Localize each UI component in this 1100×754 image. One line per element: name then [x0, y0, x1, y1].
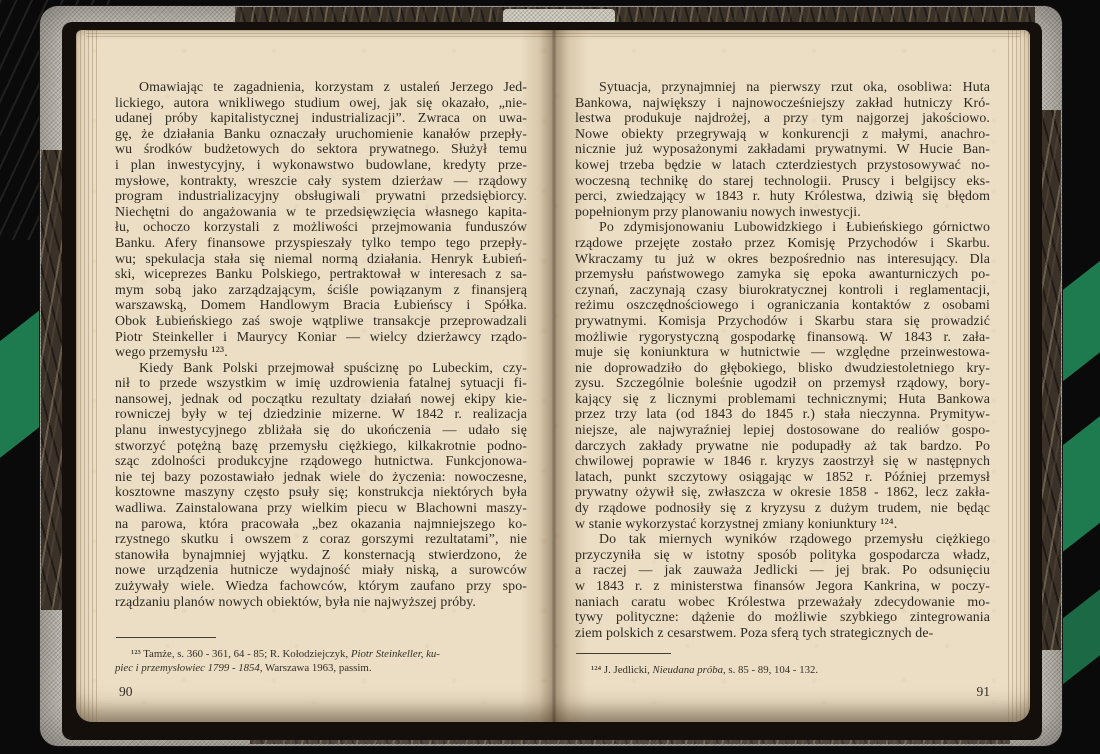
text-line: rządowe przejęte zostało przez Komisję P…: [575, 236, 990, 252]
text-line: lestwa produkuje najdrożej, a przy tym n…: [575, 111, 990, 127]
text-line: nie doprowadziło do głębokiego, blisko d…: [575, 361, 990, 377]
page-stack-edge-left: [76, 30, 98, 722]
text-line: ziem polskich z cesarstwem. Poza sferą t…: [575, 626, 990, 642]
text-line: gę, że działania Banku oznaczały uruchom…: [115, 127, 527, 143]
text-line: wu środków budżetowych do sektora prywat…: [115, 142, 527, 158]
text-line: mysłowe, kontrakty, wreszcie cały system…: [115, 174, 527, 190]
text-line: zużywały wiele. Wiedza fachowców, którym…: [115, 579, 527, 595]
text-line: tywy polityczne: dążenie do możliwie szy…: [575, 610, 990, 626]
text-line: woczesną technikę do starej technologii.…: [575, 174, 990, 190]
footnote-right: ¹²⁴ J. Jedlicki, Nieudana próba, s. 85 -…: [575, 664, 990, 678]
footnote-line: piec i przemysłowiec 1799 - 1854, Warsza…: [115, 662, 527, 676]
text-line: nie tej bazy pozostawiało jednak wiele d…: [115, 470, 527, 486]
page-stack-edge-right: [1008, 30, 1030, 722]
text-line: planu inwestycyjnego zbliżała się do uko…: [115, 423, 527, 439]
text-line: dy rządowe podnosiły się z kryzysu z duż…: [575, 501, 990, 517]
text-line: Wkraczamy tu już w okres bezpośrednio na…: [575, 252, 990, 268]
text-line: stanowiła bynajmniej wyjątku. Z konstern…: [115, 548, 527, 564]
footnote-separator-right: [576, 653, 671, 654]
text-line: przez trzy lata (od 1843 do 1845 r.) sta…: [575, 407, 990, 423]
text-line: a raczej — jak zauważa Jedlicki — jej br…: [575, 563, 990, 579]
text-line: program industrializacyjny obsługiwali p…: [115, 189, 527, 205]
text-line: popełnionym przy planowaniu nowych inwes…: [575, 205, 990, 221]
text-line: przemysłu państwowego zamyka się epoka a…: [575, 267, 990, 283]
text-line: muje się koniunktura w hutnictwie — wzgl…: [575, 345, 990, 361]
text-line: perci, zwiedzający w 1843 r. huty Króles…: [575, 189, 990, 205]
page-number-left: 90: [119, 684, 133, 700]
text-line: chwilowej poprawie w 1846 r. kryzys zaos…: [575, 454, 990, 470]
text-line: rządzaniu planów nowych obiektów, była n…: [115, 595, 527, 611]
footnote-line: ¹²⁴ J. Jedlicki, Nieudana próba, s. 85 -…: [575, 664, 990, 678]
text-line: sząc zdolności produkcyjne rządowego hut…: [115, 454, 527, 470]
text-line: łu, ochoczo korzystali z możliwości prze…: [115, 220, 527, 236]
page-number-right: 91: [575, 684, 990, 700]
right-page-text-column: Sytuacja, przynajmniej na pierwszy rzut …: [575, 80, 990, 641]
text-line: kowej trzeba będzie w latach czterdziest…: [575, 158, 990, 174]
footnote-title-italic: Piotr Steinkeller, ku-: [351, 648, 440, 660]
text-line: na parowa, która pracowała „bez okazania…: [115, 517, 527, 533]
text-line: Do tak miernych wyników rządowego przemy…: [575, 532, 990, 548]
text-line: warszawską, Domem Handlowym Bracia Łubie…: [115, 298, 527, 314]
text-line: Obok Łubieńskiego zaś swoje wątpliwe tra…: [115, 314, 527, 330]
footnote-left: ¹²³ Tamże, s. 360 - 361, 64 - 85; R. Koł…: [115, 648, 527, 675]
footnote-line: ¹²³ Tamże, s. 360 - 361, 64 - 85; R. Koł…: [115, 648, 527, 662]
text-line: Omawiając te zagadnienia, korzystam z us…: [115, 80, 527, 96]
footnote-text: , s. 85 - 89, 104 - 132.: [723, 664, 818, 676]
text-line: rzystnego skutku i owszem z coraz gorszy…: [115, 532, 527, 548]
text-line: rowniczej były w tej dziedzinie mizerne.…: [115, 407, 527, 423]
text-line: i plan inwestycyjny, i wykonawstwo budow…: [115, 158, 527, 174]
paragraph: Omawiając te zagadnienia, korzystam z us…: [115, 80, 527, 361]
text-line: wu; spekulacja stała się niemal normą dz…: [115, 252, 527, 268]
footnote-title-italic: Nieudana próba: [653, 664, 723, 676]
text-line: kosztowne maszyny często psuły się; kons…: [115, 485, 527, 501]
text-line: reżimu oszczędnościowego i ograniczania …: [575, 298, 990, 314]
book-photo-scene: Omawiając te zagadnienia, korzystam z us…: [0, 0, 1100, 754]
text-line: prywatnymi. Komisja Przychodów i Skarbu …: [575, 314, 990, 330]
text-line: ski, wiceprezes Banku Polskiego, pertrak…: [115, 267, 527, 283]
footnote-title-italic: piec i przemysłowiec 1799 - 1854: [115, 662, 260, 674]
text-line: latach, punkt szczytowy osiągając w 1852…: [575, 470, 990, 486]
paragraph: Sytuacja, przynajmniej na pierwszy rzut …: [575, 80, 990, 220]
text-line: w 1843 r. z ministerstwa finansów Jegora…: [575, 579, 990, 595]
left-page-text-column: Omawiając te zagadnienia, korzystam z us…: [115, 80, 527, 610]
text-line: wego przemysłu ¹²³.: [115, 345, 527, 361]
text-line: możliwie rygorystyczną gospodarkę finans…: [575, 330, 990, 346]
footnote-text: ¹²⁴ J. Jedlicki,: [591, 664, 653, 676]
footnote-separator-left: [116, 637, 216, 638]
text-line: wadliwa. Zainstalowana przy wielkim piec…: [115, 501, 527, 517]
text-line: Po zdymisjonowaniu Lubowidzkiego i Łubie…: [575, 220, 990, 236]
text-line: Piotr Steinkeller i Maurycy Koniar — wie…: [115, 330, 527, 346]
footnote-text: ¹²³ Tamże, s. 360 - 361, 64 - 85; R. Koł…: [131, 648, 351, 660]
text-line: Bankowa, największy i najnowocześniejszy…: [575, 96, 990, 112]
footnote-text: , Warszawa 1963, passim.: [260, 662, 372, 674]
text-line: prywatny ożywił się, zwłaszcza w okresie…: [575, 485, 990, 501]
text-line: niejsze, ale najwyraźniej lepiej dostoso…: [575, 423, 990, 439]
text-line: udanej próby kapitalistycznej industrial…: [115, 111, 527, 127]
text-line: lickiego, autora wnikliwego studium owej…: [115, 96, 527, 112]
text-line: kający się z licznymi problemami technic…: [575, 392, 990, 408]
text-line: Sytuacja, przynajmniej na pierwszy rzut …: [575, 80, 990, 96]
paragraph: Po zdymisjonowaniu Lubowidzkiego i Łubie…: [575, 220, 990, 532]
text-line: przyczyniła się w istotny sposób polityk…: [575, 548, 990, 564]
paragraph: Do tak miernych wyników rządowego przemy…: [575, 532, 990, 641]
paragraph: Kiedy Bank Polski przejmował spuściznę p…: [115, 361, 527, 611]
text-line: nansowej, jednak od początku rezultaty d…: [115, 392, 527, 408]
text-line: zysu. Szczególnie boleśnie ugodził on pr…: [575, 376, 990, 392]
text-line: Banku. Afery finansowe przyspieszały tyl…: [115, 236, 527, 252]
text-line: nił to przede wszystkim w imię uzdrowien…: [115, 376, 527, 392]
text-line: mym sobą jako zarządzającym, ściśle powi…: [115, 283, 527, 299]
text-line: darczych zakłady prywatne nie podupadły …: [575, 439, 990, 455]
text-line: Niechętni do angażowania w te przedsięwz…: [115, 205, 527, 221]
text-line: nicznie już wyposażonymi zakładami prywa…: [575, 142, 990, 158]
text-line: w stanie wykorzystać korzystnej zmiany k…: [575, 517, 990, 533]
text-line: naniach caratu wobec Królestwa przeważał…: [575, 595, 990, 611]
text-line: stworzyć potężną bazę przemysłu ciężkieg…: [115, 439, 527, 455]
text-line: czynań, zaczynają czasy biurokratycznej …: [575, 283, 990, 299]
text-line: Kiedy Bank Polski przejmował spuściznę p…: [115, 361, 527, 377]
text-line: Nowe obiekty przegrywają w konkurencji z…: [575, 127, 990, 143]
text-line: nowe urządzenia hutnicze wydajność miały…: [115, 563, 527, 579]
